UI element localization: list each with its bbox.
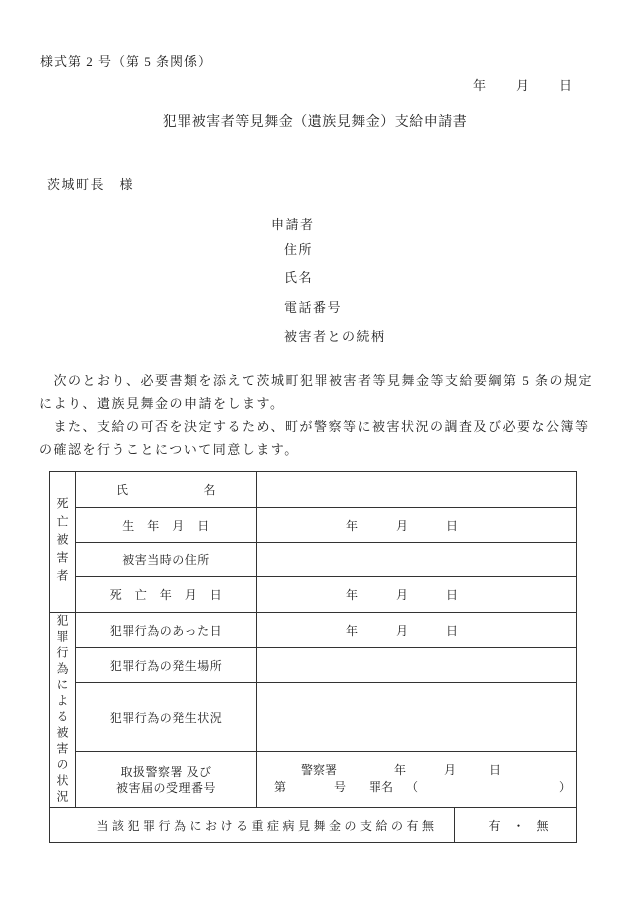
police-station-label: 警察署 [301, 761, 337, 778]
form-title: 犯罪被害者等見舞金（遺族見舞金）支給申請書 [0, 111, 630, 131]
death-day-label: 日 [446, 586, 458, 603]
birth-day-label: 日 [446, 517, 458, 534]
police-label-line2: 被害届の受理番号 [116, 780, 216, 796]
issue-date-line: 年 月 日 [473, 75, 572, 94]
body-paragraph: 次のとおり、必要書類を添えて茨城町犯罪被害者等見舞金等支給要綱第 5 条の規定 … [39, 369, 614, 461]
row-label-birth-date: 生 年 月 日 [76, 508, 257, 543]
police-month-label: 月 [444, 761, 456, 778]
issue-date-month-label: 月 [516, 75, 529, 94]
row-value-police-report: 警察署 年 月 日 第 号 罪名 （ ） [257, 752, 576, 807]
police-year-label: 年 [394, 761, 406, 778]
birth-month-label: 月 [396, 517, 408, 534]
row-value-crime-place-blank [257, 648, 576, 683]
row-label-name: 氏 名 [76, 472, 257, 508]
crime-year-label: 年 [346, 622, 358, 639]
group-label-deceased-victim: 死亡被害者 [50, 472, 76, 613]
victim-info-table: 死亡被害者 犯罪行為による被害の状況 氏 名 生 年 月 日 年 月 日 被害当… [49, 471, 577, 843]
applicant-field-relation: 被害者との続柄 [284, 326, 386, 345]
group-label-crime-damage: 犯罪行為による被害の状況 [50, 613, 76, 807]
row-label-police-report: 取扱警察署 及び 被害届の受理番号 [76, 752, 257, 807]
row-value-name-blank [257, 472, 576, 508]
applicant-field-address: 住所 [284, 239, 313, 258]
row-label-crime-date: 犯罪行為のあった日 [76, 613, 257, 648]
crime-name-paren-close: ） [559, 778, 571, 795]
severe-illness-condolence-label: 当該犯罪行為における重症病見舞金の支給の有無 [50, 808, 455, 842]
police-label-line1: 取扱警察署 及び [120, 764, 211, 780]
death-month-label: 月 [396, 586, 408, 603]
death-year-label: 年 [346, 586, 358, 603]
addressee: 茨城町長 様 [47, 174, 134, 193]
severe-illness-condolence-choice: 有 ・ 無 [455, 808, 576, 842]
applicant-heading: 申請者 [271, 214, 315, 233]
report-number-prefix: 第 [274, 778, 286, 795]
birth-year-label: 年 [346, 517, 358, 534]
row-label-address-at-time: 被害当時の住所 [76, 543, 257, 577]
crime-name-paren-open: （ [406, 778, 418, 795]
row-value-crime-situation-blank [257, 683, 576, 752]
crime-month-label: 月 [396, 622, 408, 639]
form-number: 様式第 2 号（第 5 条関係） [40, 51, 212, 70]
police-day-label: 日 [489, 761, 501, 778]
applicant-field-name: 氏名 [284, 267, 313, 286]
report-number-suffix: 号 [334, 778, 346, 795]
row-value-crime-date: 年 月 日 [257, 613, 576, 648]
row-label-crime-place: 犯罪行為の発生場所 [76, 648, 257, 683]
row-value-birth-date: 年 月 日 [257, 508, 576, 543]
row-label-crime-situation: 犯罪行為の発生状況 [76, 683, 257, 752]
issue-date-day-label: 日 [559, 75, 572, 94]
applicant-field-phone: 電話番号 [284, 297, 342, 316]
row-value-address-blank [257, 543, 576, 577]
table-bottom-row: 当該犯罪行為における重症病見舞金の支給の有無 有 ・ 無 [50, 807, 576, 842]
crime-name-label: 罪名 [369, 778, 393, 795]
application-form-page: 様式第 2 号（第 5 条関係） 年 月 日 犯罪被害者等見舞金（遺族見舞金）支… [0, 0, 630, 903]
row-value-death-date: 年 月 日 [257, 577, 576, 613]
crime-day-label: 日 [446, 622, 458, 639]
row-label-death-date: 死 亡 年 月 日 [76, 577, 257, 613]
issue-date-year-label: 年 [473, 75, 486, 94]
table-main-grid: 死亡被害者 犯罪行為による被害の状況 氏 名 生 年 月 日 年 月 日 被害当… [50, 472, 576, 807]
